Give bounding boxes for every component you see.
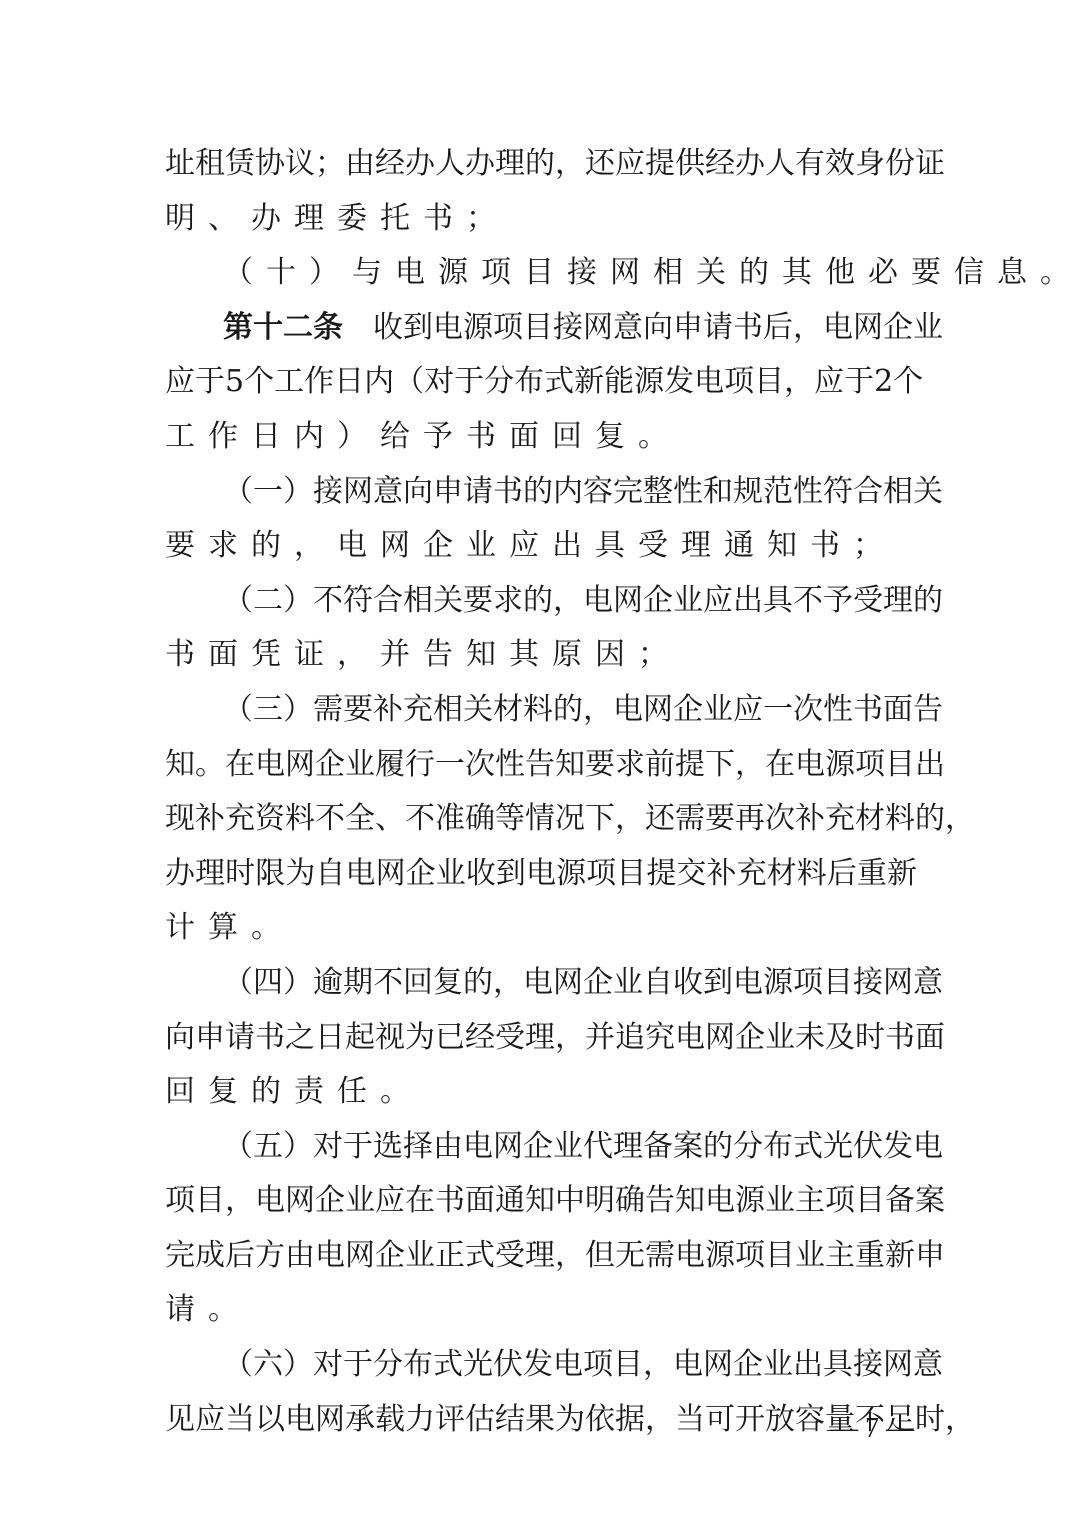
text-line: 现补充资料不全、不准确等情况下，还需要再次补充材料的， <box>165 792 917 847</box>
text-line: 计算。 <box>165 901 917 956</box>
text-line: 完成后方由电网企业正式受理，但无需电源项目业主重新申 <box>165 1229 917 1284</box>
text-line: 项目，电网企业应在书面通知中明确告知电源业主项目备案 <box>165 1174 917 1229</box>
list-item-three: （三）需要补充相关材料的，电网企业应一次性书面告 <box>165 683 917 738</box>
article-text: 收到电源项目接网意向申请书后，电网企业 <box>373 310 943 345</box>
text-line: 回复的责任。 <box>165 1065 917 1120</box>
document-page: 址租赁协议；由经办人办理的，还应提供经办人有效身份证 明、办理委托书； （十）与… <box>0 0 1080 1527</box>
list-item-two: （二）不符合相关要求的，电网企业应出具不予受理的 <box>165 574 917 629</box>
text-line: 知。在电网企业履行一次性告知要求前提下，在电源项目出 <box>165 738 917 793</box>
list-item-ten: （十）与电源项目接网相关的其他必要信息。 <box>165 246 917 301</box>
list-item-five: （五）对于选择由电网企业代理备案的分布式光伏发电 <box>165 1120 917 1175</box>
article-heading: 第十二条 <box>223 310 343 345</box>
text-line: 办理时限为自电网企业收到电源项目提交补充材料后重新 <box>165 847 917 902</box>
text-line: 明、办理委托书； <box>165 192 917 247</box>
article-twelve-heading-line: 第十二条收到电源项目接网意向申请书后，电网企业 <box>165 301 917 356</box>
page-number: — 7 — <box>826 1409 918 1449</box>
list-item-one: （一）接网意向申请书的内容完整性和规范性符合相关 <box>165 465 917 520</box>
text-line: 请。 <box>165 1283 917 1338</box>
text-line: 要求的，电网企业应出具受理通知书； <box>165 519 917 574</box>
text-line: 工作日内）给予书面回复。 <box>165 410 917 465</box>
text-line: 向申请书之日起视为已经受理，并追究电网企业未及时书面 <box>165 1011 917 1066</box>
text-line: 书面凭证，并告知其原因； <box>165 628 917 683</box>
text-line: 址租赁协议；由经办人办理的，还应提供经办人有效身份证 <box>165 137 917 192</box>
document-body: 址租赁协议；由经办人办理的，还应提供经办人有效身份证 明、办理委托书； （十）与… <box>165 137 917 1447</box>
text-line: 见应当以电网承载力评估结果为依据，当可开放容量不足时， <box>165 1393 917 1448</box>
list-item-four: （四）逾期不回复的，电网企业自收到电源项目接网意 <box>165 956 917 1011</box>
list-item-six: （六）对于分布式光伏发电项目，电网企业出具接网意 <box>165 1338 917 1393</box>
text-line: 应于5个工作日内（对于分布式新能源发电项目，应于2个 <box>165 355 917 410</box>
